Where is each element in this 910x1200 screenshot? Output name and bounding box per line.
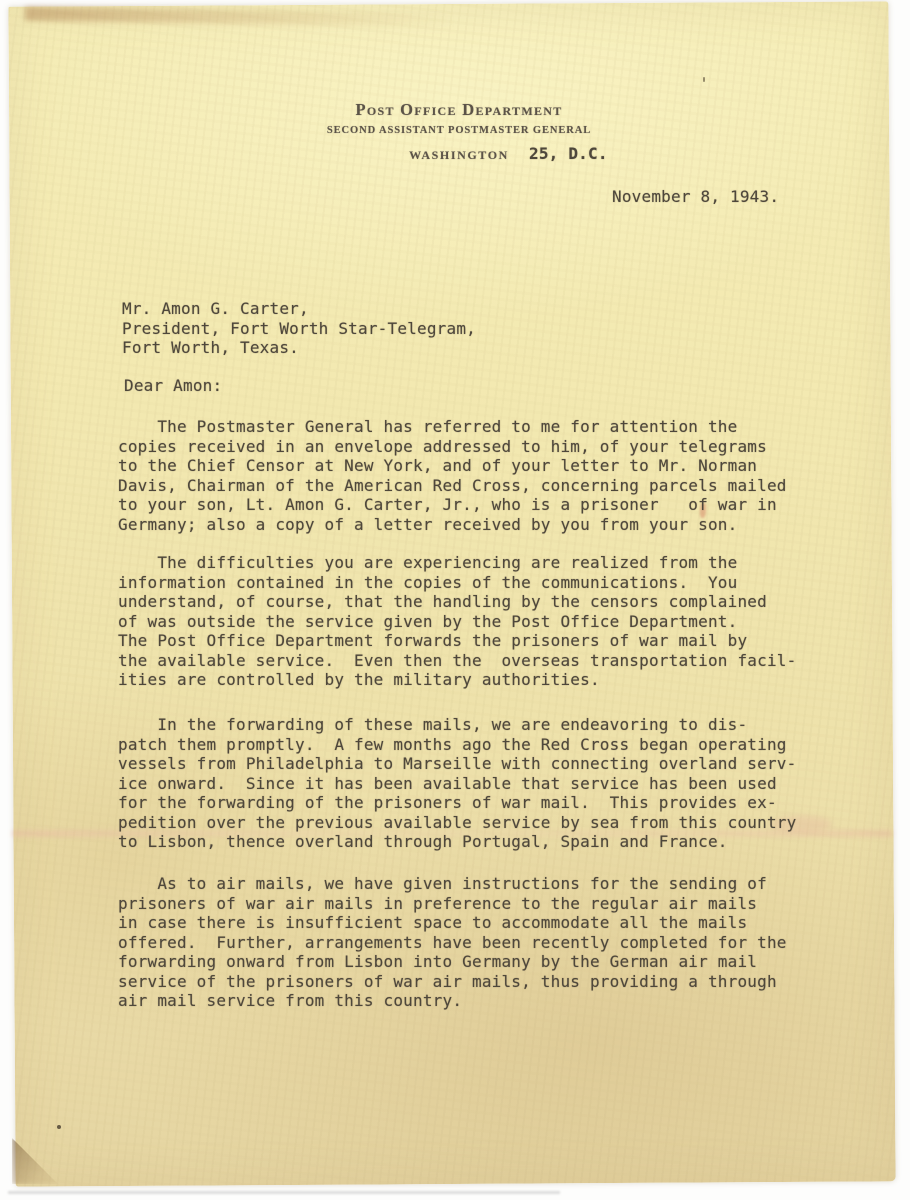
date-line: November 8, 1943. [612, 187, 779, 207]
recipient-address: Mr. Amon G. Carter, President, Fort Wort… [122, 299, 476, 358]
scanner-background: Post Office Department SECOND ASSISTANT … [0, 0, 910, 1200]
corner-fold-mark [12, 1138, 58, 1184]
letterhead-city: WASHINGTON25, D.C. [409, 148, 509, 163]
letterhead-city-line: WASHINGTON25, D.C. [12, 144, 892, 163]
letterhead-office: SECOND ASSISTANT POSTMASTER GENERAL [19, 125, 899, 136]
salutation: Dear Amon: [124, 376, 222, 396]
body-paragraph-4: As to air mails, we have given instructi… [118, 874, 787, 1011]
scanner-streak [8, 1191, 560, 1194]
letter-content: Post Office Department SECOND ASSISTANT … [12, 8, 892, 1184]
paper-stain-top-edge [25, 7, 455, 28]
paper-speck [703, 77, 705, 82]
body-paragraph-3: In the forwarding of these mails, we are… [118, 715, 796, 852]
letterhead-department: Post Office Department [19, 100, 899, 120]
body-paragraph-2: The difficulties you are experiencing ar… [118, 553, 796, 690]
body-paragraph-1: The Postmaster General has referred to m… [118, 417, 787, 534]
paper-speck [57, 1125, 61, 1129]
letterhead-zone-typed: 25, D.C. [529, 144, 608, 164]
